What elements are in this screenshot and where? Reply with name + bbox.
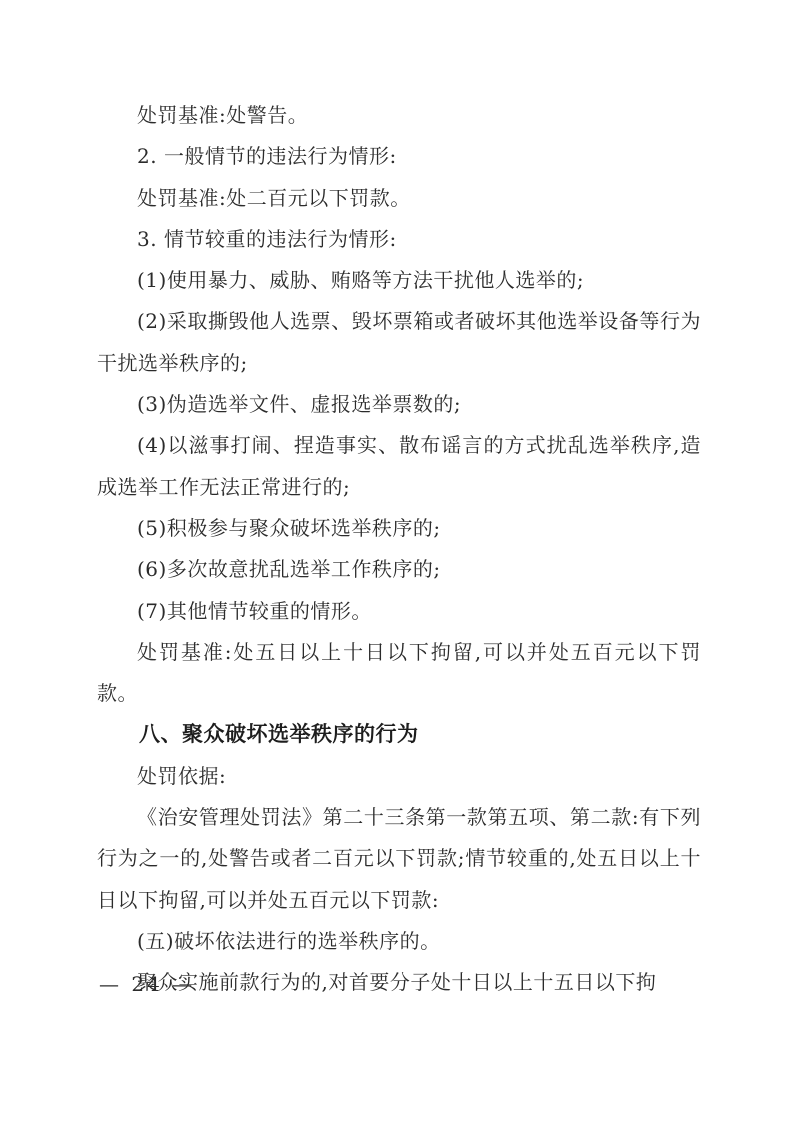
paragraph-subitem-1: (1)使用暴力、威胁、贿赂等方法干扰他人选举的; (97, 260, 701, 301)
paragraph-penalty-standard-warning: 处罚基准:处警告。 (97, 95, 701, 136)
paragraph-subitem-5: (5)积极参与聚众破坏选举秩序的; (97, 508, 701, 549)
paragraph-subitem-3: (3)伪造选举文件、虚报选举票数的; (97, 384, 701, 425)
page-footer: — 24 — (99, 964, 195, 1005)
paragraph-subitem-4: (4)以滋事打闹、捏造事实、散布谣言的方式扰乱选举秩序,造成选举工作无法正常进行… (97, 425, 701, 508)
paragraph-subitem-7: (7)其他情节较重的情形。 (97, 591, 701, 632)
section-heading-8: 八、聚众破坏选举秩序的行为 (97, 714, 701, 755)
paragraph-penalty-standard-detention: 处罚基准:处五日以上十日以下拘留,可以并处五百元以下罚款。 (97, 632, 701, 715)
paragraph-item-2-general-circumstances: 2. 一般情节的违法行为情形: (97, 136, 701, 177)
paragraph-subitem-6: (6)多次故意扰乱选举工作秩序的; (97, 549, 701, 590)
paragraph-item-3-serious-circumstances: 3. 情节较重的违法行为情形: (97, 219, 701, 260)
page-number: — 24 — (99, 972, 195, 996)
paragraph-penalty-standard-fine: 处罚基准:处二百元以下罚款。 (97, 178, 701, 219)
document-page: 处罚基准:处警告。 2. 一般情节的违法行为情形: 处罚基准:处二百元以下罚款。… (0, 0, 793, 1122)
paragraph-penalty-basis-label: 处罚依据: (97, 756, 701, 797)
paragraph-clause-5: (五)破坏依法进行的选举秩序的。 (97, 921, 701, 962)
paragraph-law-citation: 《治安管理处罚法》第二十三条第一款第五项、第二款:有下列行为之一的,处警告或者二… (97, 797, 701, 921)
document-body: 处罚基准:处警告。 2. 一般情节的违法行为情形: 处罚基准:处二百元以下罚款。… (97, 95, 701, 1004)
paragraph-subitem-2: (2)采取撕毁他人选票、毁坏票箱或者破坏其他选举设备等行为干扰选举秩序的; (97, 301, 701, 384)
